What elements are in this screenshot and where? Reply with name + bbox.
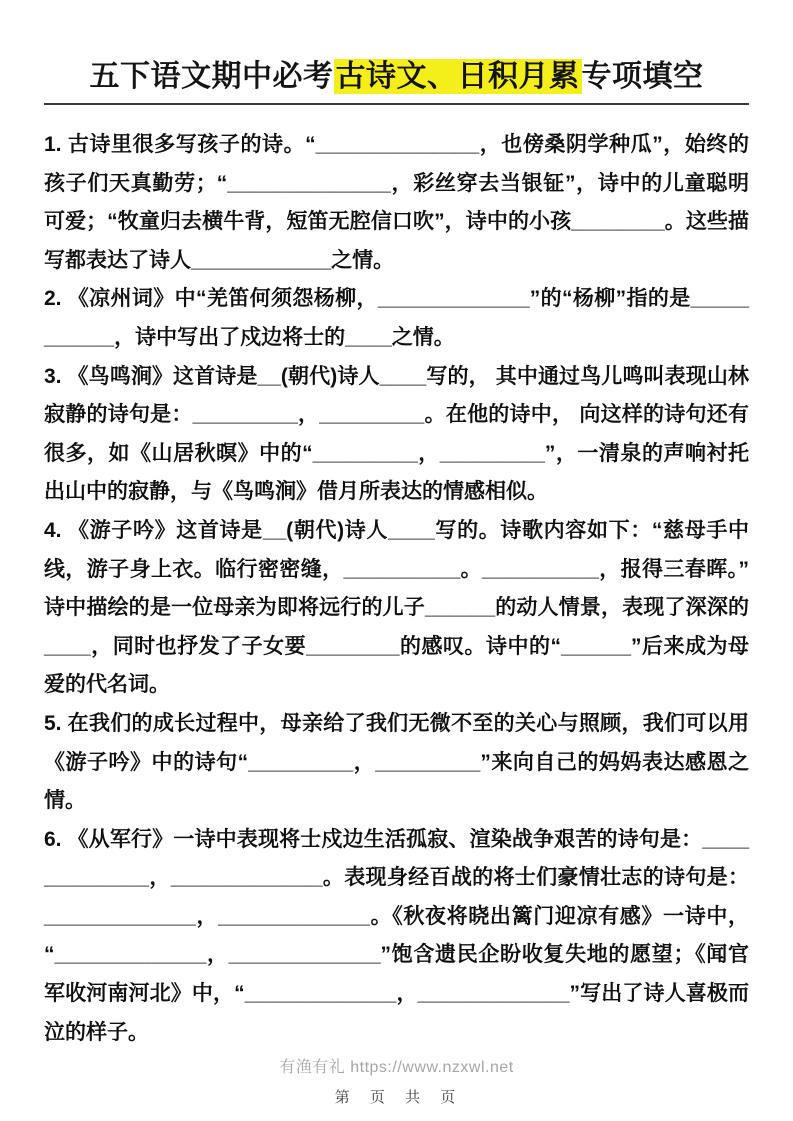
page-title-suffix: 专项填空 bbox=[582, 60, 704, 93]
page-title-prefix: 五下语文期中必考 bbox=[90, 60, 334, 93]
question-6: 6. 《从军行》一诗中表现将士戍边生活孤寂、渲染战争艰苦的诗句是：_______… bbox=[44, 821, 749, 1053]
question-5: 5. 在我们的成长过程中，母亲给了我们无微不至的关心与照顾，我们可以用《游子吟》… bbox=[44, 705, 749, 821]
question-list: 1. 古诗里很多写孩子的诗。“______________，也傍桑阴学种瓜”，始… bbox=[44, 126, 749, 1052]
footer-site-url: 有渔有礼 https://www.nzxwl.net bbox=[0, 1054, 793, 1077]
question-1: 1. 古诗里很多写孩子的诗。“______________，也傍桑阴学种瓜”，始… bbox=[44, 126, 749, 280]
title-divider bbox=[44, 103, 749, 105]
page-title-highlight: 古诗文、日积月累 bbox=[334, 59, 582, 94]
worksheet-page: 五下语文期中必考古诗文、日积月累专项填空 1. 古诗里很多写孩子的诗。“____… bbox=[0, 0, 793, 1121]
page-header: 五下语文期中必考古诗文、日积月累专项填空 bbox=[44, 0, 749, 105]
question-2: 2. 《凉州词》中“羌笛何须怨杨柳，_____________”的“杨柳”指的是… bbox=[44, 280, 749, 357]
footer-page-number: 第 页 共 页 bbox=[0, 1086, 793, 1107]
page-title: 五下语文期中必考古诗文、日积月累专项填空 bbox=[44, 56, 749, 98]
question-4: 4. 《游子吟》这首诗是__(朝代)诗人____写的。诗歌内容如下：“慈母手中线… bbox=[44, 512, 749, 705]
page-footer: 有渔有礼 https://www.nzxwl.net 第 页 共 页 bbox=[0, 1054, 793, 1107]
question-3: 3. 《鸟鸣涧》这首诗是__(朝代)诗人____写的， 其中通过鸟儿鸣叫表现山林… bbox=[44, 358, 749, 512]
